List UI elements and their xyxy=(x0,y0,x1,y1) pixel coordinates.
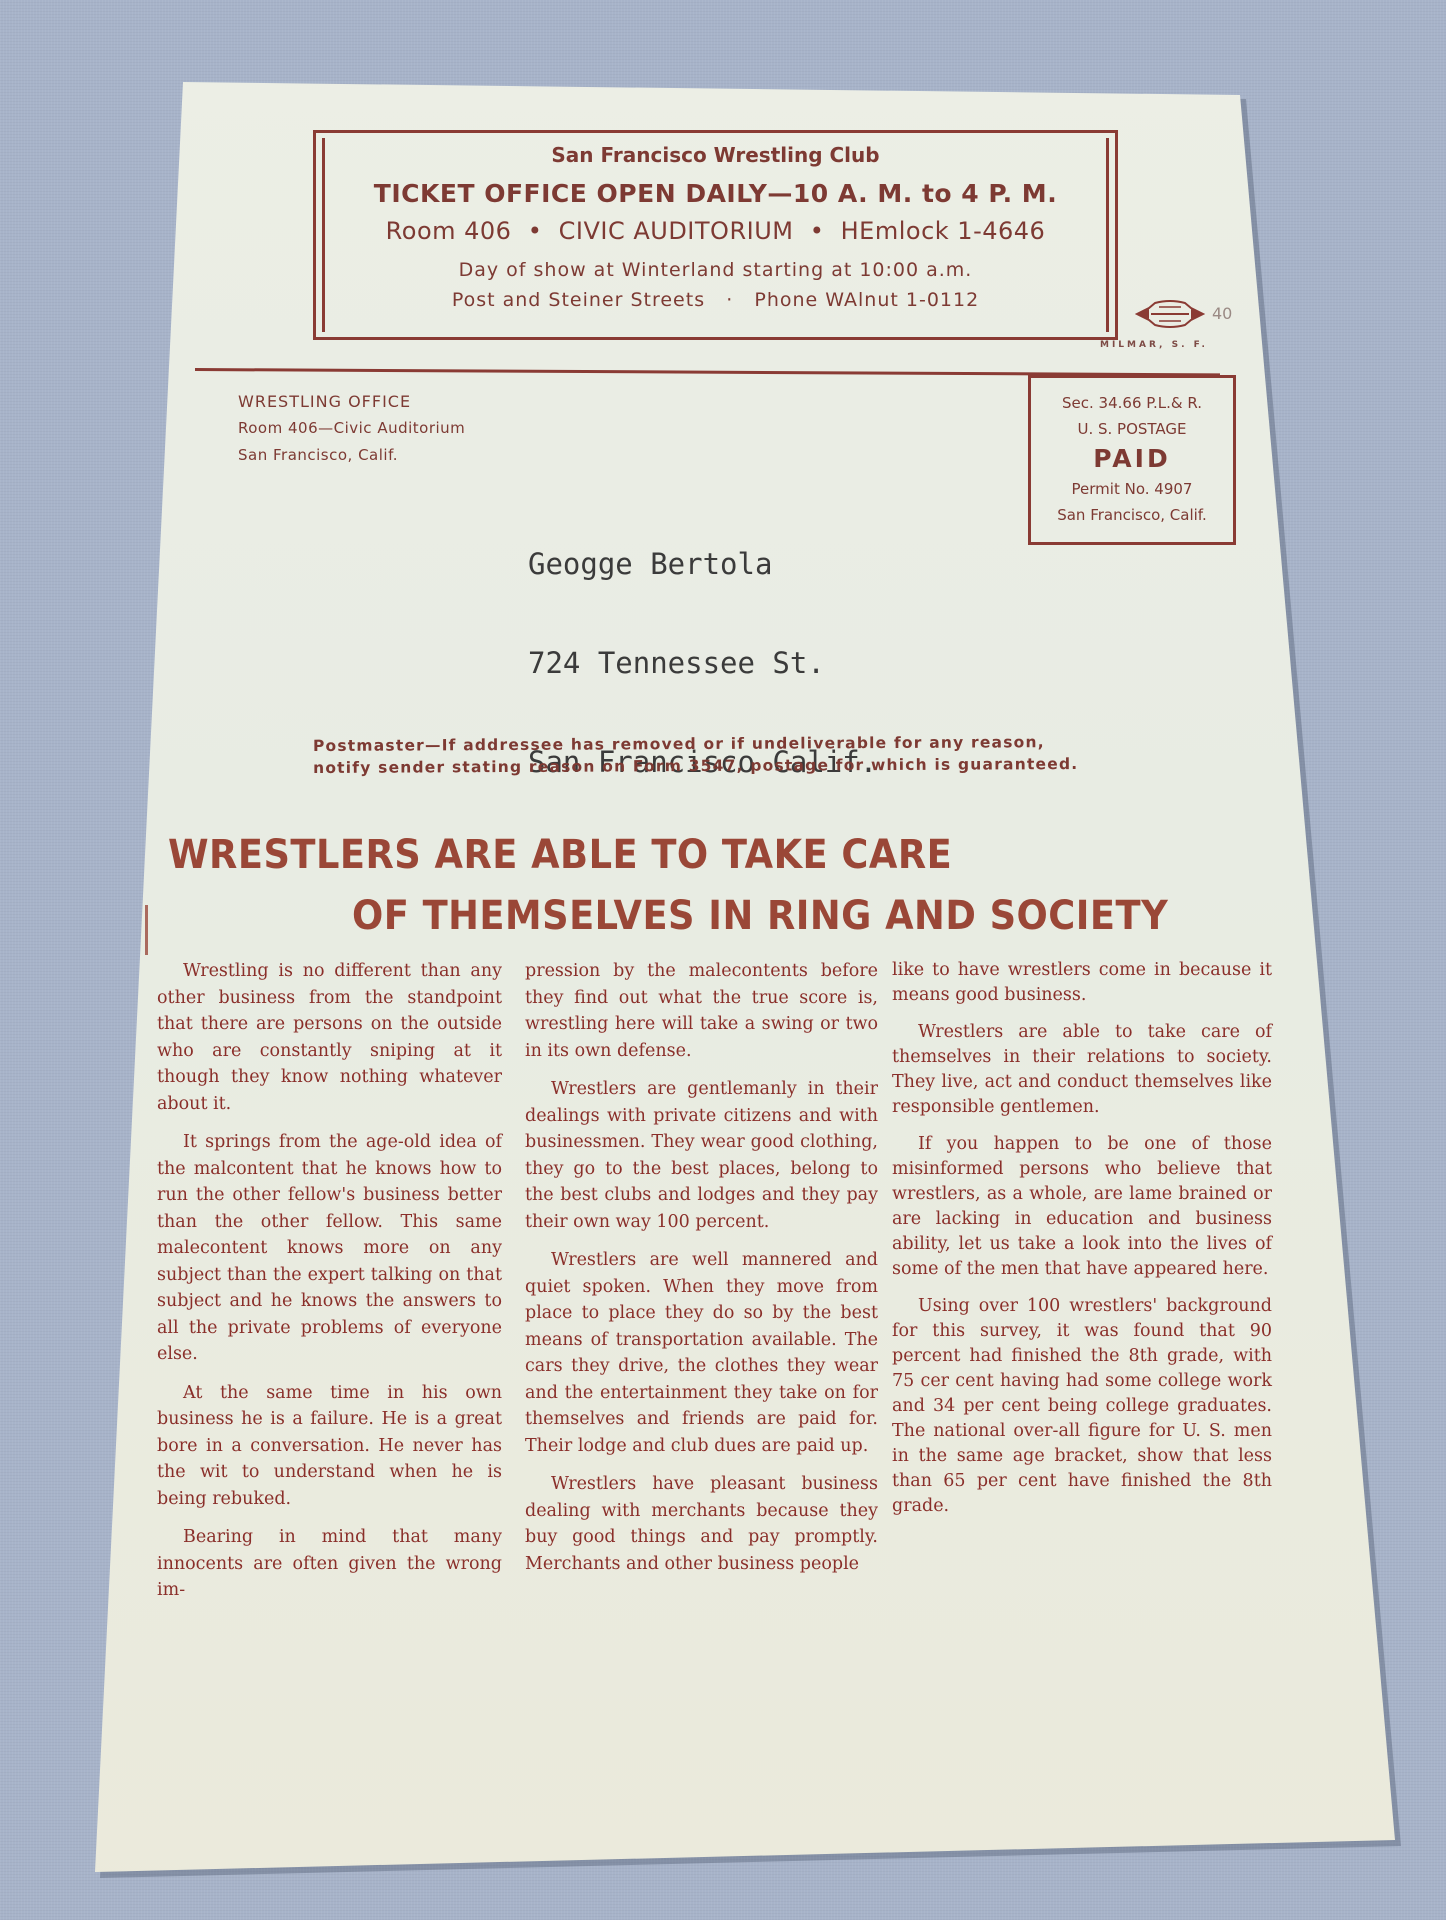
show-address: Post and Steiner Streets · Phone WAlnut … xyxy=(316,289,1115,311)
ticket-location: Room 406 • CIVIC AUDITORIUM • HEmlock 1-… xyxy=(316,217,1115,245)
postage-us: U. S. POSTAGE xyxy=(1031,416,1233,442)
paragraph: Wrestlers are able to take care of thems… xyxy=(892,1020,1272,1120)
recipient-street: 724 Tennessee St. xyxy=(528,647,877,680)
headline-line2: OF THEMSELVES IN RING AND SOCIETY xyxy=(352,893,1168,939)
paragraph: Wrestlers have pleasant business dealing… xyxy=(525,1471,878,1577)
article-column-1: Wrestling is no different than any other… xyxy=(157,958,502,1616)
postage-paid: PAID xyxy=(1031,442,1233,476)
club-name: San Francisco Wrestling Club xyxy=(316,143,1115,167)
paragraph: Wrestlers are well mannered and quiet sp… xyxy=(525,1247,878,1459)
return-address-title: WRESTLING OFFICE xyxy=(238,388,465,415)
printer-credit: MILMAR, S. F. xyxy=(1100,340,1208,350)
postage-city: San Francisco, Calif. xyxy=(1031,502,1233,528)
paragraph: If you happen to be one of those misinfo… xyxy=(892,1132,1272,1282)
return-address: WRESTLING OFFICE Room 406—Civic Auditori… xyxy=(238,388,465,469)
paragraph: Wrestlers are gentlemanly in their deali… xyxy=(525,1076,878,1235)
paragraph: Bearing in mind that many innocents are … xyxy=(157,1524,502,1604)
postage-indicia: Sec. 34.66 P.L.& R. U. S. POSTAGE PAID P… xyxy=(1028,375,1236,545)
headline-line1: WRESTLERS ARE ABLE TO TAKE CARE xyxy=(168,832,952,878)
paragraph: like to have wrestlers come in because i… xyxy=(892,958,1272,1008)
postage-permit: Permit No. 4907 xyxy=(1031,476,1233,502)
ticket-office-box: San Francisco Wrestling Club TICKET OFFI… xyxy=(313,130,1118,340)
paragraph: It springs from the age-old idea of the … xyxy=(157,1129,502,1368)
article-column-3: like to have wrestlers come in because i… xyxy=(892,958,1272,1531)
fold-mark xyxy=(145,905,148,955)
postmaster-notice: Postmaster—If addressee has removed or i… xyxy=(313,731,1079,779)
postage-section: Sec. 34.66 P.L.& R. xyxy=(1031,390,1233,416)
article-column-2: pression by the malecontents before they… xyxy=(525,958,878,1589)
paragraph: Using over 100 wrestlers' background for… xyxy=(892,1294,1272,1519)
recipient-name: Geogge Bertola xyxy=(528,548,877,581)
paragraph: pression by the malecontents before they… xyxy=(525,958,878,1064)
ticket-hours: TICKET OFFICE OPEN DAILY—10 A. M. to 4 P… xyxy=(316,179,1115,208)
postmaster-line2: notify sender stating reason on Form 354… xyxy=(313,753,1078,779)
paragraph: At the same time in his own business he … xyxy=(157,1380,502,1513)
union-label-number: 40 xyxy=(1212,304,1232,323)
union-bug-icon xyxy=(1135,300,1205,328)
return-address-line2: San Francisco, Calif. xyxy=(238,442,465,469)
paragraph: Wrestling is no different than any other… xyxy=(157,958,502,1117)
return-address-line1: Room 406—Civic Auditorium xyxy=(238,415,465,442)
show-day: Day of show at Winterland starting at 10… xyxy=(316,259,1115,281)
